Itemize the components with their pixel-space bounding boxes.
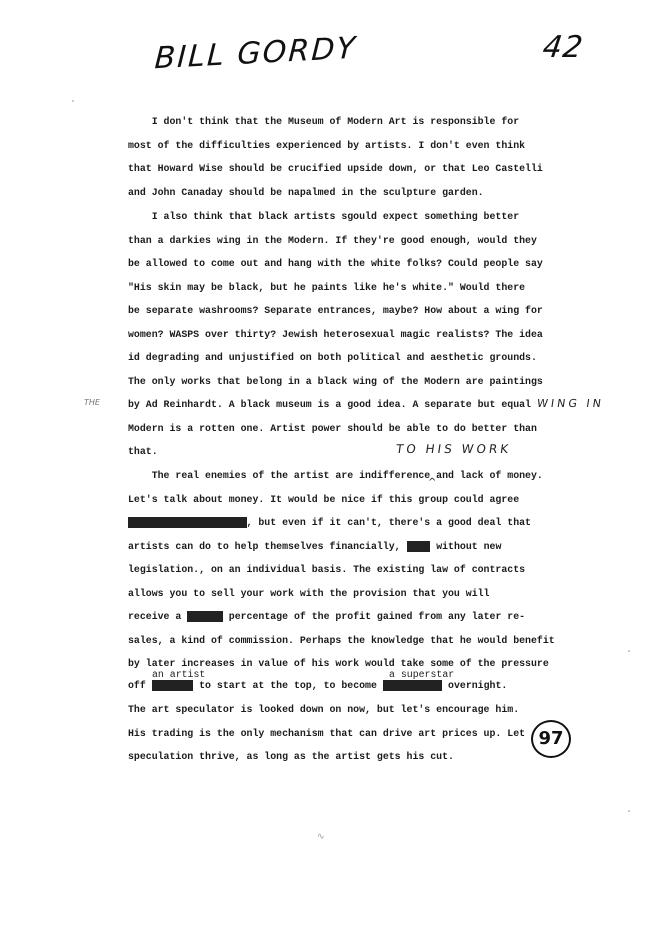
text-line: and John Canaday should be napalmed in t… (128, 187, 484, 199)
text-line: I also think that black artists sgould e… (128, 211, 519, 223)
text-line: Modern is a rotten one. Artist power sho… (128, 423, 537, 435)
struck-text: superstars (383, 680, 442, 691)
text-line: "His skin may be black, but he paints li… (128, 282, 525, 294)
text-line: legislation., on an individual basis. Th… (128, 564, 525, 576)
text-line: speculation thrive, as long as the artis… (128, 751, 454, 763)
text-line: artists can do to help themselves financ… (128, 541, 501, 553)
paper-speck (628, 810, 630, 812)
text-line: than a darkies wing in the Modern. If th… (128, 235, 537, 247)
text-span: without new (430, 541, 501, 552)
text-line: The real enemies of the artist are indif… (128, 470, 543, 482)
text-line: aboutmanintoofthings, but even if it can… (128, 517, 531, 529)
text-line: receive a profit percentage of the profi… (128, 611, 525, 623)
text-span: overnight. (442, 680, 507, 691)
text-line: be separate washrooms? Separate entrance… (128, 305, 543, 317)
text-span: to start at the top, to become (193, 680, 383, 691)
handwritten-note: WING IN (536, 397, 605, 410)
smudge-mark: ∿ (317, 832, 325, 842)
text-line: Let's talk about money. It would be nice… (128, 494, 519, 506)
text-line: most of the difficulties experienced by … (128, 140, 525, 152)
circled-number: 97 (531, 720, 571, 758)
struck-text: aboutmanintoofthings (128, 517, 247, 528)
struck-text: artists (152, 680, 193, 691)
text-line: that. (128, 446, 158, 458)
handwritten-page-number: 42 (541, 30, 586, 65)
text-line: The art speculator is looked down on now… (128, 704, 519, 716)
text-span: , but even if it can't, there's a good d… (247, 517, 531, 528)
text-span: percentage of the profit gained from any… (223, 611, 525, 622)
text-line: off artists to start at the top, to beco… (128, 680, 507, 692)
text-line: I don't think that the Museum of Modern … (128, 116, 519, 128)
text-span: receive a (128, 611, 181, 622)
text-span: off (128, 680, 146, 691)
text-line: allows you to sell your work with the pr… (128, 588, 489, 600)
text-line: id degrading and unjustified on both pol… (128, 352, 537, 364)
caret-mark: ^ (428, 477, 436, 488)
text-span: artists can do to help themselves financ… (128, 541, 401, 552)
text-line: sales, a kind of commission. Perhaps the… (128, 635, 555, 647)
document-page: BILL GORDY 42 I don't think that the Mus… (0, 0, 650, 930)
text-line: His trading is the only mechanism that c… (128, 728, 525, 740)
interlinear-insert: a superstar (389, 669, 454, 680)
interlinear-insert: an artist (152, 669, 205, 680)
paper-speck (72, 100, 74, 102)
text-line: by Ad Reinhardt. A black museum is a goo… (128, 399, 531, 411)
margin-mark: THE (84, 398, 100, 407)
handwritten-note: TO HIS WORK (395, 442, 512, 456)
handwritten-author-name: BILL GORDY (154, 31, 358, 76)
text-line: The only works that belong in a black wi… (128, 376, 543, 388)
struck-text: xxxx (407, 541, 431, 552)
text-line: be allowed to come out and hang with the… (128, 258, 543, 270)
struck-text: profit (187, 611, 223, 622)
text-line: women? WASPS over thirty? Jewish heteros… (128, 329, 543, 341)
text-line: that Howard Wise should be crucified ups… (128, 163, 543, 175)
paper-speck (628, 650, 630, 652)
